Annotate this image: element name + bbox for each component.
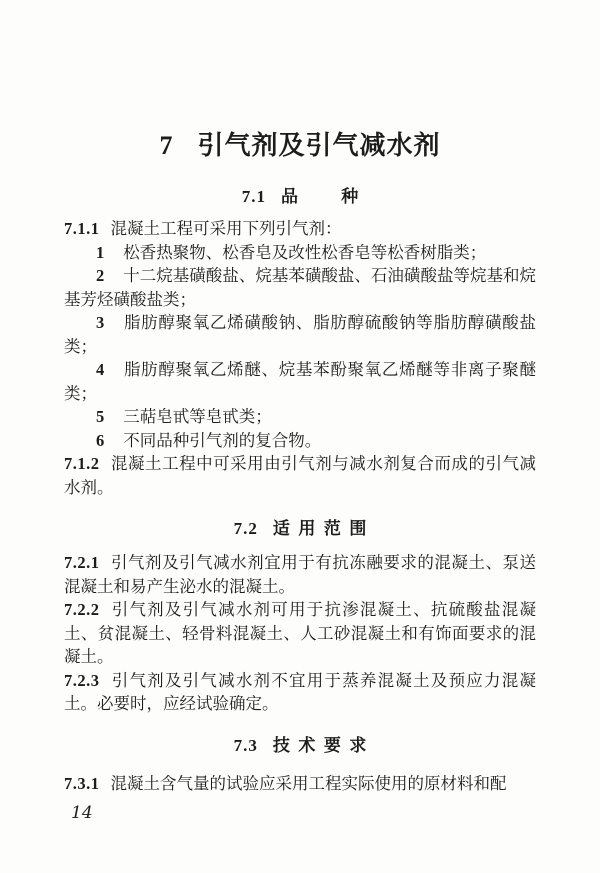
list-item-6-text: 不同品种引气剂的复合物。 [123,431,321,450]
list-item-2: 2十二烷基磺酸盐、烷基苯磺酸盐、石油磺酸盐等烷基和烷基芳烃磺酸盐类； [64,264,536,311]
list-item-3: 3脂肪醇聚氧乙烯磺酸钠、脂肪醇硫酸钠等脂肪醇磺酸盐类； [64,311,536,358]
clause-label-7-1-2: 7.1.2 [64,454,100,473]
list-item-3-number: 3 [96,313,104,332]
paragraph-7-2-2: 7.2.2引气剂及引气减水剂可用于抗渗混凝土、抗硫酸盐混凝土、贫混凝土、轻骨料混… [64,598,536,669]
clause-text-7-2-3: 引气剂及引气减水剂不宜用于蒸养混凝土及预应力混凝土。必要时，应经试验确定。 [64,671,536,714]
paragraph-7-1-2: 7.1.2混凝土工程中可采用由引气剂与减水剂复合而成的引气减水剂。 [64,452,536,499]
list-item-5-text: 三萜皂甙等皂甙类； [123,407,272,426]
list-item-1-text: 松香热聚物、松香皂及改性松香皂等松香树脂类； [123,243,486,262]
paragraph-7-2-3: 7.2.3引气剂及引气减水剂不宜用于蒸养混凝土及预应力混凝土。必要时，应经试验确… [64,669,536,716]
list-item-5: 5三萜皂甙等皂甙类； [64,405,536,429]
section-title-7-3: 技术要求 [273,736,375,755]
clause-label-7-2-3: 7.2.3 [64,671,100,690]
page-number: 14 [71,803,93,823]
list-item-2-number: 2 [96,266,104,285]
list-item-4-number: 4 [96,360,104,379]
paragraph-7-1-1: 7.1.1混凝土工程可采用下列引气剂： [64,217,536,241]
list-item-6-number: 6 [96,431,104,450]
clause-text-7-2-2: 引气剂及引气减水剂可用于抗渗混凝土、抗硫酸盐混凝土、贫混凝土、轻骨料混凝土、人工… [64,600,536,666]
clause-text-7-1-2: 混凝土工程中可采用由引气剂与减水剂复合而成的引气减水剂。 [64,454,536,497]
list-item-6: 6不同品种引气剂的复合物。 [64,429,536,453]
section-title-7-1: 品种 [281,187,402,206]
clause-text-7-3-1: 混凝土含气量的试验应采用工程实际使用的原材料和配 [111,774,507,793]
clause-label-7-2-2: 7.2.2 [64,600,100,619]
clause-text-7-2-1: 引气剂及引气减水剂宜用于有抗冻融要求的混凝土、泵送混凝土和易产生泌水的混凝土。 [64,553,536,596]
list-item-1: 1松香热聚物、松香皂及改性松香皂等松香树脂类； [64,241,536,265]
clause-label-7-1-1: 7.1.1 [64,219,100,238]
section-heading-7-3: 7.3技术要求 [64,734,536,758]
section-heading-7-2: 7.2适用范围 [64,517,536,541]
clause-label-7-2-1: 7.2.1 [64,553,100,572]
chapter-number: 7 [159,131,173,160]
clause-label-7-3-1: 7.3.1 [64,774,100,793]
list-item-3-text: 脂肪醇聚氧乙烯磺酸钠、脂肪醇硫酸钠等脂肪醇磺酸盐类； [64,313,536,356]
document-page: 7引气剂及引气减水剂 7.1品种 7.1.1混凝土工程可采用下列引气剂： 1松香… [0,0,600,873]
section-number-7-2: 7.2 [234,519,258,538]
paragraph-7-3-1: 7.3.1混凝土含气量的试验应采用工程实际使用的原材料和配 [64,772,536,796]
chapter-heading: 7引气剂及引气减水剂 [64,130,536,162]
list-item-2-text: 十二烷基磺酸盐、烷基苯磺酸盐、石油磺酸盐等烷基和烷基芳烃磺酸盐类； [64,266,536,309]
list-item-4: 4脂肪醇聚氧乙烯醚、烷基苯酚聚氧乙烯醚等非离子聚醚类； [64,358,536,405]
section-number-7-3: 7.3 [234,736,258,755]
list-item-1-number: 1 [96,243,104,262]
paragraph-7-2-1: 7.2.1引气剂及引气减水剂宜用于有抗冻融要求的混凝土、泵送混凝土和易产生泌水的… [64,551,536,598]
clause-text-7-1-1: 混凝土工程可采用下列引气剂： [111,219,342,238]
list-item-4-text: 脂肪醇聚氧乙烯醚、烷基苯酚聚氧乙烯醚等非离子聚醚类； [64,360,536,403]
chapter-title: 引气剂及引气减水剂 [197,131,440,160]
section-heading-7-1: 7.1品种 [64,185,536,209]
section-number-7-1: 7.1 [242,187,266,206]
section-title-7-2: 适用范围 [273,519,375,538]
list-item-5-number: 5 [96,407,104,426]
